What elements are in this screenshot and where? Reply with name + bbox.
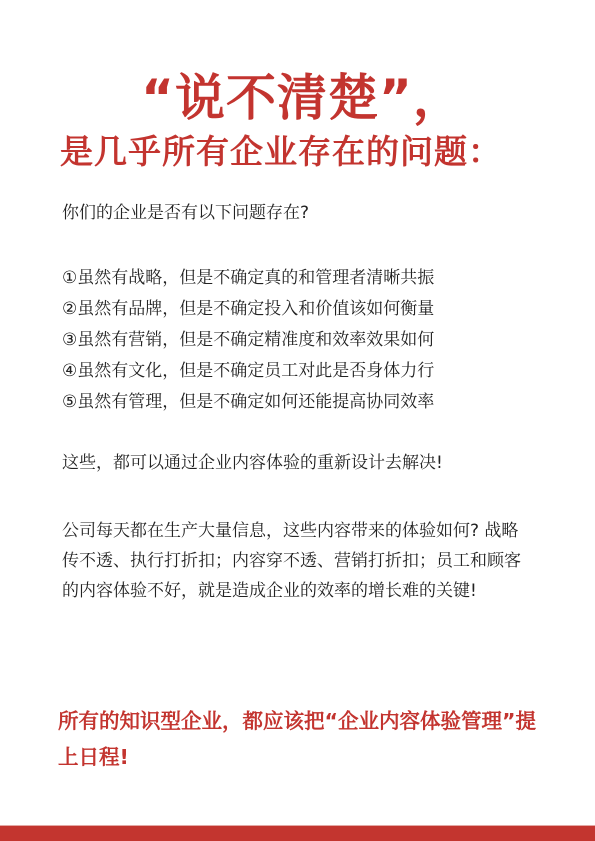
- call-to-action: 所有的知识型企业，都应该把“企业内容体验管理”提上日程!: [58, 703, 538, 775]
- problem-item: ①虽然有战略，但是不确定真的和管理者清晰共振: [62, 263, 434, 294]
- problem-item: ⑤虽然有管理，但是不确定如何还能提高协同效率: [62, 387, 434, 418]
- problem-item: ②虽然有品牌，但是不确定投入和价值该如何衡量: [62, 294, 434, 325]
- explanation-paragraph: 公司每天都在生产大量信息，这些内容带来的体验如何? 战略传不透、执行打折扣；内容…: [62, 516, 534, 606]
- problem-list: ①虽然有战略，但是不确定真的和管理者清晰共振 ②虽然有品牌，但是不确定投入和价值…: [62, 263, 434, 418]
- headline-line-2: 是几乎所有企业存在的问题：: [60, 130, 502, 174]
- intro-question: 你们的企业是否有以下问题存在?: [62, 198, 309, 229]
- problem-item: ③虽然有营销，但是不确定精准度和效率效果如何: [62, 325, 434, 356]
- headline-line-1: “说不清楚”，: [0, 66, 595, 130]
- solution-statement: 这些，都可以通过企业内容体验的重新设计去解决!: [62, 448, 443, 479]
- footer-bar: [0, 825, 595, 841]
- problem-item: ④虽然有文化，但是不确定员工对此是否身体力行: [62, 356, 434, 387]
